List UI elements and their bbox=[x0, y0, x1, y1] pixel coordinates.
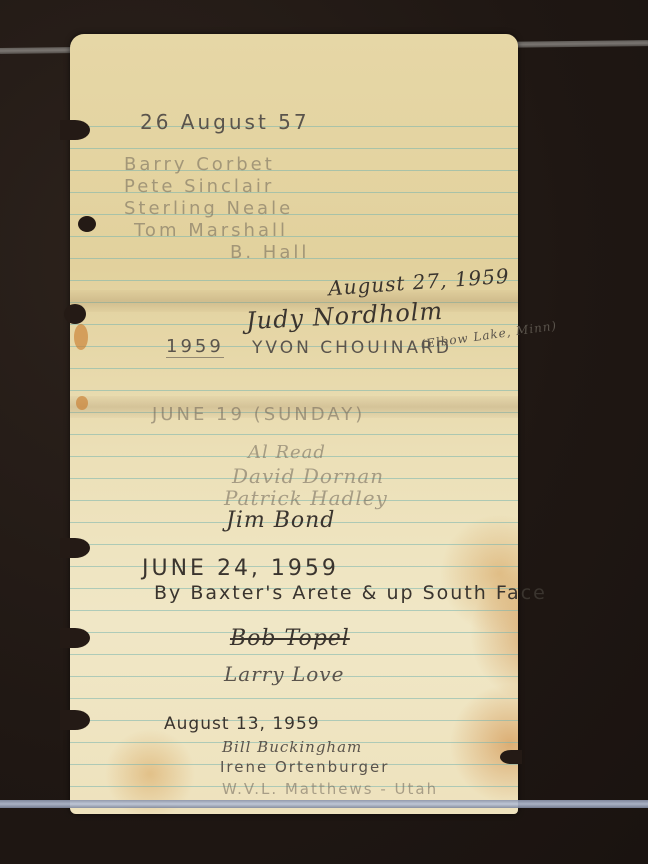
ruled-line bbox=[70, 390, 518, 391]
ruled-line bbox=[70, 148, 518, 149]
entry-date: JUNE 24, 1959 bbox=[142, 556, 339, 581]
ruled-line bbox=[70, 698, 518, 699]
entry-name: Pete Sinclair bbox=[124, 176, 274, 197]
binder-hole bbox=[60, 628, 90, 648]
entry-name: Tom Marshall bbox=[134, 220, 288, 241]
entry-name: Bob Topel bbox=[230, 626, 350, 651]
entry-route: By Baxter's Arete & up South Face bbox=[154, 582, 547, 604]
rust-stain bbox=[76, 396, 88, 410]
rust-stain bbox=[74, 324, 88, 350]
entry-date: 1959 bbox=[166, 336, 224, 358]
entry-name: Larry Love bbox=[224, 662, 344, 686]
entry-name: Barry Corbet bbox=[124, 154, 275, 175]
binder-hole bbox=[64, 304, 86, 324]
entry-name: B. Hall bbox=[230, 242, 309, 263]
binder-hole bbox=[60, 120, 90, 140]
ruled-line bbox=[70, 544, 518, 545]
entry-name: Jim Bond bbox=[226, 508, 335, 533]
entry-name: Bill Buckingham bbox=[222, 738, 362, 756]
binder-hole bbox=[78, 216, 96, 232]
entry-name: Patrick Hadley bbox=[224, 486, 388, 510]
binder-hole bbox=[60, 538, 90, 558]
sleeve-edge-bottom bbox=[0, 800, 648, 808]
entry-name: David Dornan bbox=[232, 464, 384, 488]
entry-name: Al Read bbox=[248, 442, 326, 463]
ruled-line bbox=[70, 610, 518, 611]
binder-hole bbox=[60, 710, 90, 730]
entry-name: Sterling Neale bbox=[124, 198, 293, 219]
entry-name: YVON CHOUINARD bbox=[252, 338, 452, 358]
entry-date: August 13, 1959 bbox=[164, 714, 320, 734]
register-page: 26 August 57 Barry Corbet Pete Sinclair … bbox=[70, 34, 518, 814]
entry-name: W.V.L. Matthews - Utah bbox=[222, 780, 438, 798]
ruled-line bbox=[70, 434, 518, 435]
torn-notch bbox=[500, 750, 522, 764]
entry-name: Irene Ortenburger bbox=[220, 758, 389, 776]
entry-date: 26 August 57 bbox=[140, 110, 310, 134]
ruled-line bbox=[70, 654, 518, 655]
entry-date: JUNE 19 (SUNDAY) bbox=[152, 404, 365, 425]
ruled-line bbox=[70, 368, 518, 369]
